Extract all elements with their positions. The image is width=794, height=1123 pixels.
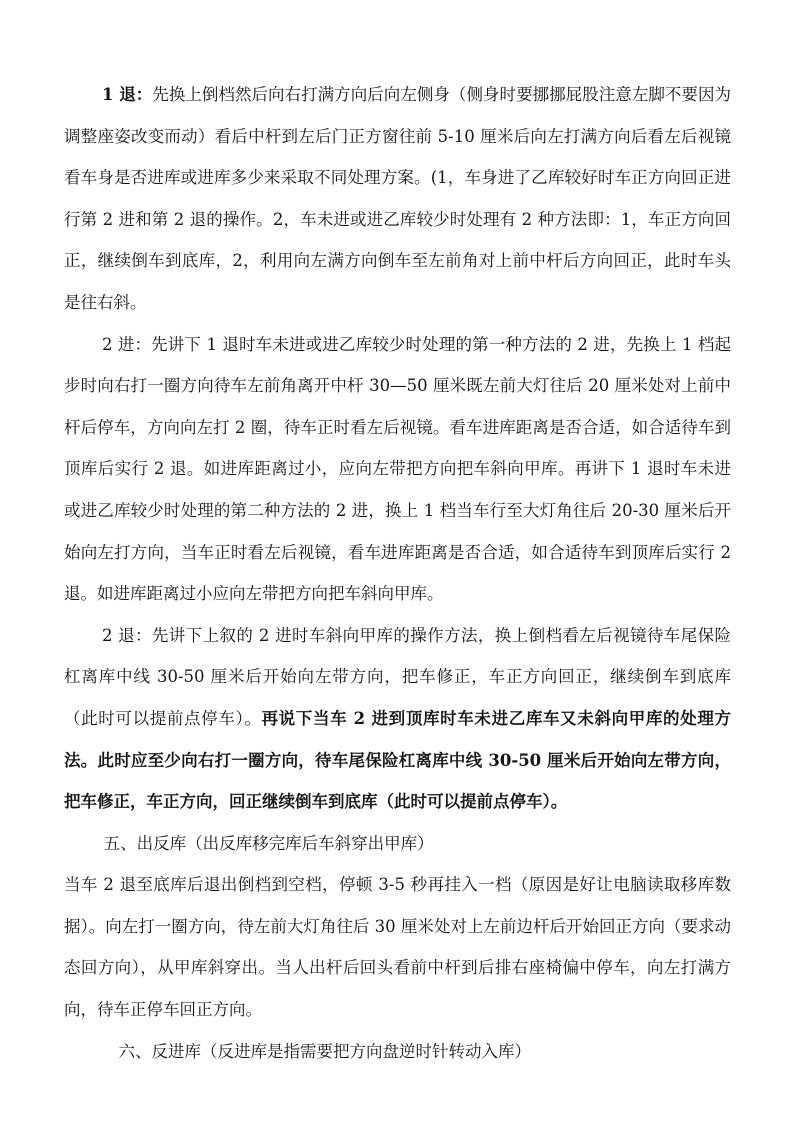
heading-5-exit-reverse-garage: 五、出反库（出反库移完库后车斜穿出甲库） bbox=[64, 823, 731, 865]
para-5-body: 当车 2 退至底库后退出倒档到空档，停顿 3-5 秒再挂入一档（原因是好让电脑读… bbox=[64, 864, 731, 1030]
text-run: 当车 2 退至底库后退出倒档到空档，停顿 3-5 秒再挂入一档（原因是好让电脑读… bbox=[64, 875, 731, 1019]
text-run: 六、反进库（反进库是指需要把方向盘逆时针转动入库） bbox=[118, 1042, 531, 1061]
text-run: 2 进：先讲下 1 退时车未进或进乙库较少时处理的第一种方法的 2 进，先换上 … bbox=[64, 335, 731, 604]
para-3-back2: 2 退：先讲下上叙的 2 进时车斜向甲库的操作方法，换上倒档看左后视镜待车尾保险… bbox=[64, 615, 731, 823]
text-run: 五、出反库（出反库移完库后车斜穿出甲库） bbox=[104, 834, 434, 853]
text-run: 先换上倒档然后向右打满方向后向左侧身（侧身时要挪挪屁股注意左脚不要因为调整座姿改… bbox=[64, 85, 731, 312]
document-page: 1 退：先换上倒档然后向右打满方向后向左侧身（侧身时要挪挪屁股注意左脚不要因为调… bbox=[0, 0, 794, 1123]
para-2-forward: 2 进：先讲下 1 退时车未进或进乙库较少时处理的第一种方法的 2 进，先换上 … bbox=[64, 324, 731, 615]
para-1-back: 1 退：先换上倒档然后向右打满方向后向左侧身（侧身时要挪挪屁股注意左脚不要因为调… bbox=[64, 74, 731, 324]
heading-6-reverse-entry: 六、反进库（反进库是指需要把方向盘逆时针转动入库） bbox=[64, 1031, 731, 1073]
bold-run: 1 退： bbox=[102, 85, 152, 104]
